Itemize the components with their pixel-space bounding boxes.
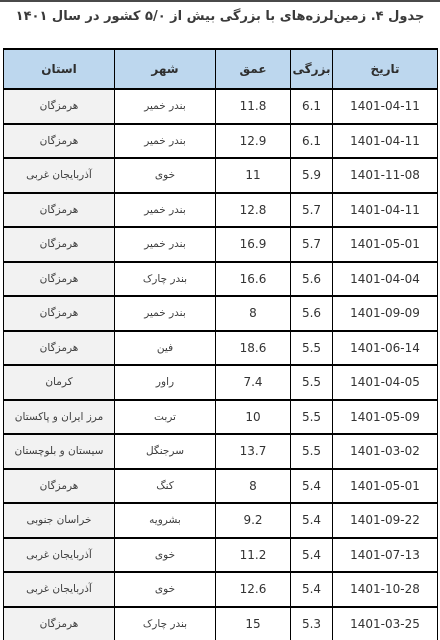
cell-depth: 11 [216,158,291,193]
cell-magnitude: 5.5 [291,331,333,366]
cell-depth: 8 [216,469,291,504]
cell-date: 1401-03-25 [333,607,438,640]
cell-province: کرمان [4,365,115,400]
cell-magnitude: 5.7 [291,193,333,228]
cell-province: هرمزگان [4,124,115,159]
cell-province: خراسان جنوبی [4,503,115,538]
table-row: 1401-04-11 6.1 12.9 بندر خمیر هرمزگان [4,124,438,159]
cell-city: فین [115,331,216,366]
cell-city: خوی [115,158,216,193]
cell-city: خوی [115,538,216,573]
cell-magnitude: 5.3 [291,607,333,640]
cell-date: 1401-04-11 [333,124,438,159]
cell-magnitude: 5.6 [291,296,333,331]
cell-magnitude: 6.1 [291,89,333,124]
cell-date: 1401-04-05 [333,365,438,400]
cell-city: سرجنگل [115,434,216,469]
cell-date: 1401-05-01 [333,227,438,262]
cell-city: تربت [115,400,216,435]
cell-date: 1401-11-08 [333,158,438,193]
table-row: 1401-04-04 5.6 16.6 بندر چارک هرمزگان [4,262,438,297]
table-row: 1401-06-14 5.5 18.6 فین هرمزگان [4,331,438,366]
table-row: 1401-04-05 5.5 7.4 راور کرمان [4,365,438,400]
cell-province: هرمزگان [4,227,115,262]
cell-magnitude: 5.4 [291,469,333,504]
header-row: تاریخ بزرگی عمق شهر استان [4,49,438,89]
cell-magnitude: 5.4 [291,572,333,607]
table-row: 1401-05-09 5.5 10 تربت مرز ایران و پاکست… [4,400,438,435]
cell-province: هرمزگان [4,193,115,228]
table-title: جدول ۴. زمین‌لرزه‌های با بزرگی بیش از ۵/… [0,9,440,24]
earthquake-table: تاریخ بزرگی عمق شهر استان 1401-04-11 6.1… [3,48,438,640]
cell-province: آذربایجان غربی [4,572,115,607]
column-header-city: شهر [115,49,216,89]
cell-province: هرمزگان [4,331,115,366]
cell-city: بندر خمیر [115,296,216,331]
cell-depth: 16.6 [216,262,291,297]
cell-city: بندر خمیر [115,193,216,228]
cell-province: مرز ایران و پاکستان [4,400,115,435]
cell-magnitude: 5.7 [291,227,333,262]
cell-date: 1401-04-04 [333,262,438,297]
column-header-date: تاریخ [333,49,438,89]
cell-province: هرمزگان [4,469,115,504]
table-row: 1401-03-25 5.3 15 بندر چارک هرمزگان [4,607,438,640]
cell-city: بندر خمیر [115,124,216,159]
cell-city: خوی [115,572,216,607]
cell-depth: 12.6 [216,572,291,607]
cell-city: بندر خمیر [115,89,216,124]
table-header: تاریخ بزرگی عمق شهر استان [4,49,438,89]
cell-magnitude: 5.4 [291,503,333,538]
cell-city: بندر خمیر [115,227,216,262]
cell-date: 1401-09-22 [333,503,438,538]
table-row: 1401-04-11 6.1 11.8 بندر خمیر هرمزگان [4,89,438,124]
cell-date: 1401-04-11 [333,193,438,228]
table-row: 1401-09-22 5.4 9.2 بشرویه خراسان جنوبی [4,503,438,538]
cell-magnitude: 5.5 [291,365,333,400]
cell-date: 1401-03-02 [333,434,438,469]
cell-city: بشرویه [115,503,216,538]
cell-magnitude: 5.5 [291,434,333,469]
cell-magnitude: 6.1 [291,124,333,159]
cell-depth: 10 [216,400,291,435]
cell-province: آذربایجان غربی [4,158,115,193]
cell-depth: 15 [216,607,291,640]
cell-depth: 12.8 [216,193,291,228]
cell-province: سیستان و بلوچستان [4,434,115,469]
cell-date: 1401-06-14 [333,331,438,366]
cell-city: راور [115,365,216,400]
cell-date: 1401-04-11 [333,89,438,124]
table-row: 1401-03-02 5.5 13.7 سرجنگل سیستان و بلوچ… [4,434,438,469]
table-row: 1401-05-01 5.4 8 کنگ هرمزگان [4,469,438,504]
cell-date: 1401-09-09 [333,296,438,331]
cell-depth: 18.6 [216,331,291,366]
cell-depth: 8 [216,296,291,331]
cell-date: 1401-10-28 [333,572,438,607]
cell-magnitude: 5.5 [291,400,333,435]
cell-depth: 16.9 [216,227,291,262]
cell-province: هرمزگان [4,607,115,640]
cell-magnitude: 5.6 [291,262,333,297]
cell-depth: 13.7 [216,434,291,469]
table-row: 1401-04-11 5.7 12.8 بندر خمیر هرمزگان [4,193,438,228]
table-row: 1401-10-28 5.4 12.6 خوی آذربایجان غربی [4,572,438,607]
cell-city: بندر چارک [115,607,216,640]
cell-province: هرمزگان [4,262,115,297]
cell-depth: 12.9 [216,124,291,159]
cell-depth: 11.8 [216,89,291,124]
column-header-province: استان [4,49,115,89]
cell-magnitude: 5.4 [291,538,333,573]
cell-depth: 9.2 [216,503,291,538]
cell-city: بندر چارک [115,262,216,297]
cell-depth: 11.2 [216,538,291,573]
page: { "doc": { "title": "جدول ۴. زمین\u200cل… [0,0,440,640]
column-header-depth: عمق [216,49,291,89]
cell-province: هرمزگان [4,296,115,331]
cell-province: هرمزگان [4,89,115,124]
table-row: 1401-05-01 5.7 16.9 بندر خمیر هرمزگان [4,227,438,262]
table-row: 1401-09-09 5.6 8 بندر خمیر هرمزگان [4,296,438,331]
table-body: 1401-04-11 6.1 11.8 بندر خمیر هرمزگان 14… [4,89,438,640]
cell-city: کنگ [115,469,216,504]
table-row: 1401-11-08 5.9 11 خوی آذربایجان غربی [4,158,438,193]
cell-date: 1401-05-01 [333,469,438,504]
cell-depth: 7.4 [216,365,291,400]
cell-province: آذربایجان غربی [4,538,115,573]
cell-date: 1401-07-13 [333,538,438,573]
cell-magnitude: 5.9 [291,158,333,193]
column-header-magnitude: بزرگی [291,49,333,89]
cell-date: 1401-05-09 [333,400,438,435]
table-row: 1401-07-13 5.4 11.2 خوی آذربایجان غربی [4,538,438,573]
top-divider [0,0,440,2]
